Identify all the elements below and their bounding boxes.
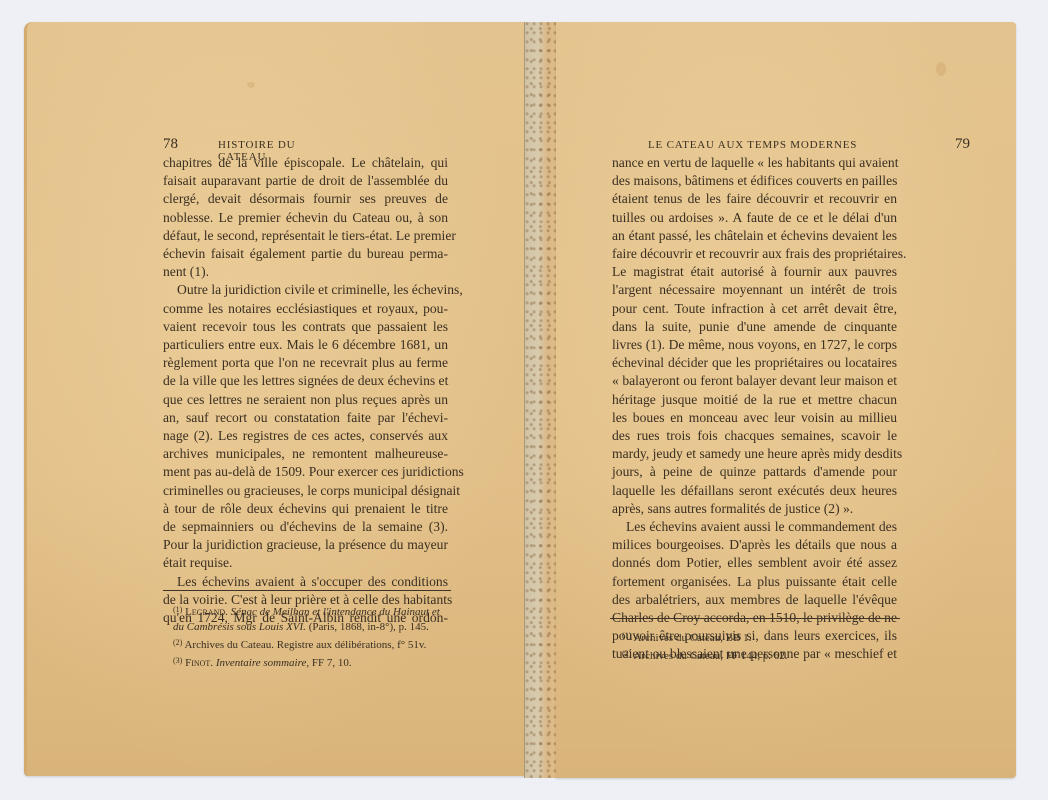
text-line: règlement porta que l'on ne recevrait pl… — [163, 354, 448, 372]
footnote-rule — [163, 590, 451, 591]
text-line: des rues trois fois chacques semaines, s… — [612, 427, 897, 445]
text-line: nage (2). Les registres de ces actes, co… — [163, 427, 448, 445]
text-line: les boues en monceau avec leur voisin au… — [612, 409, 897, 427]
text-line: milices bourgeoises. D'après les détails… — [612, 536, 897, 554]
right-footnotes: (1) Archives du Cateau, BB 1. (2) Archiv… — [612, 628, 902, 664]
text-line: vaient recevoir tous les contrats que pa… — [163, 318, 448, 336]
footnote-mark: (1) — [173, 605, 182, 614]
text-line: échevin faisait également partie du bure… — [163, 245, 448, 263]
footnote-2: (2) Archives du Cateau, FF 144, p. 62. — [612, 646, 902, 664]
text-line: chapitres de la ville épiscopale. Le châ… — [163, 154, 448, 172]
text-line: héritage jusque moitié de la rue et mett… — [612, 391, 897, 409]
footnote-1: (1) Archives du Cateau, BB 1. — [612, 628, 902, 646]
text-line: comme les notaires ecclésiastiques et ro… — [163, 300, 448, 318]
right-running-head: LE CATEAU AUX TEMPS MODERNES 79 — [648, 136, 970, 153]
footnote-mark: (2) — [173, 638, 182, 647]
text-line: l'argent nécessaire moyennant un intérêt… — [612, 281, 897, 299]
paragraph-start-line: Les échevins avaient aussi le commandeme… — [612, 518, 897, 536]
text-line: mardy, jeudy et samedy une heure après m… — [612, 445, 897, 463]
footnote-text: Archives du Cateau, FF 144, p. 62. — [633, 650, 787, 662]
text-line: donnés dom Potier, elles semblent avoir … — [612, 554, 897, 572]
left-page: 78 HISTOIRE DU CATEAU chapitres de la vi… — [24, 22, 527, 776]
right-body-text: nance en vertu de laquelle « les habitan… — [612, 154, 897, 664]
footnote-text: Archives du Cateau, BB 1. — [633, 632, 751, 644]
paper-stain — [936, 62, 946, 76]
text-line: après, sans autres formalités de justice… — [612, 500, 897, 518]
text-line: livres (1). De même, nous voyons, en 172… — [612, 336, 897, 354]
footnote-title: Inventaire sommaire, — [216, 657, 309, 669]
text-line: an étant passé, les châtelain et échevin… — [612, 227, 897, 245]
text-line: de la ville que les lettres signées de d… — [163, 372, 448, 390]
footnote-mark: (2) — [622, 649, 631, 658]
footnote-3: (3) Finot. Inventaire sommaire, FF 7, 10… — [163, 653, 453, 671]
paragraph-start-line: Les échevins avaient à s'occuper des con… — [163, 573, 448, 591]
text-line: que ces lettres ne seraient non plus reç… — [163, 391, 448, 409]
text-line: était requise. — [163, 554, 448, 572]
footnote-text: Archives du Cateau. Registre aux délibér… — [184, 639, 426, 651]
footnote-mark: (3) — [173, 656, 182, 665]
text-line: laquelle les défaillans seront exécutés … — [612, 482, 897, 500]
paragraph-start-line: Outre la juridiction civile et criminell… — [163, 281, 448, 299]
text-line: ment pas au-delà de 1509. Pour exercer c… — [163, 463, 448, 481]
left-body-text: chapitres de la ville épiscopale. Le châ… — [163, 154, 448, 627]
text-line: faire découvrir et recouvrir aux frais d… — [612, 245, 897, 263]
footnote-rule — [610, 618, 900, 619]
text-line: des arbalétriers, aux membres de laquell… — [612, 591, 897, 609]
page-number: 79 — [955, 136, 970, 153]
running-head-title: LE CATEAU AUX TEMPS MODERNES — [648, 139, 857, 151]
text-line: faisait auparavant partie de droit de l'… — [163, 172, 448, 190]
footnote-rest: FF 7, 10. — [312, 657, 352, 669]
footnote-author: Legrand. — [185, 606, 228, 618]
text-line: clergé, devait désormais fournir ses pre… — [163, 190, 448, 208]
text-line: particuliers entre eux. Mais le 6 décemb… — [163, 336, 448, 354]
paper-stain — [247, 82, 255, 88]
text-line: « balayeront ou feront balayer devant le… — [612, 372, 897, 390]
text-line: de sepmainniers ou d'échevins de la sema… — [163, 518, 448, 536]
footnote-author: Finot. — [185, 657, 213, 669]
text-line: dans la suite, punie d'une amende de cin… — [612, 318, 897, 336]
left-footnotes: (1) Legrand. Sénac de Meilhan et l'inten… — [163, 602, 453, 671]
footnote-mark: (1) — [622, 631, 631, 640]
book-spine-gutter — [524, 22, 557, 778]
text-line: archives municipales, ne remontent malhe… — [163, 445, 448, 463]
right-page: LE CATEAU AUX TEMPS MODERNES 79 nance en… — [556, 22, 1016, 778]
text-line: Pour la juridiction gracieuse, la présen… — [163, 536, 448, 554]
text-line: jours, à peine de quinze pattards d'amen… — [612, 463, 897, 481]
page-number: 78 — [163, 136, 178, 153]
text-line: noblesse. Le premier échevin du Cateau o… — [163, 209, 448, 227]
text-line: à tour de rôle deux échevins qui prenaie… — [163, 500, 448, 518]
text-line: criminelles ou gracieuses, le corps muni… — [163, 482, 448, 500]
footnote-2: (2) Archives du Cateau. Registre aux dél… — [163, 635, 453, 653]
text-line: nance en vertu de laquelle « les habitan… — [612, 154, 897, 172]
text-line: fortement organisées. La plus puissante … — [612, 573, 897, 591]
text-line: pour cent. Toute infraction à cet arrêt … — [612, 300, 897, 318]
text-line: échevinal décider que les propriétaires … — [612, 354, 897, 372]
text-line: tuilles ou ardoises ». A faute de ce et … — [612, 209, 897, 227]
footnote-rest: (Paris, 1868, in-8°), p. 145. — [309, 621, 429, 633]
footnote-1: (1) Legrand. Sénac de Meilhan et l'inten… — [163, 602, 453, 635]
text-line: défaut, le second, représentait le tiers… — [163, 227, 448, 245]
text-line: des maisons, bâtimens et édifices couver… — [612, 172, 897, 190]
text-line: an, sauf recort ou constatation faite pa… — [163, 409, 448, 427]
text-line: étaient tenus de les faire découvrir et … — [612, 190, 897, 208]
text-line: Le magistrat était autorisé à fournir au… — [612, 263, 897, 281]
text-line: nent (1). — [163, 263, 448, 281]
